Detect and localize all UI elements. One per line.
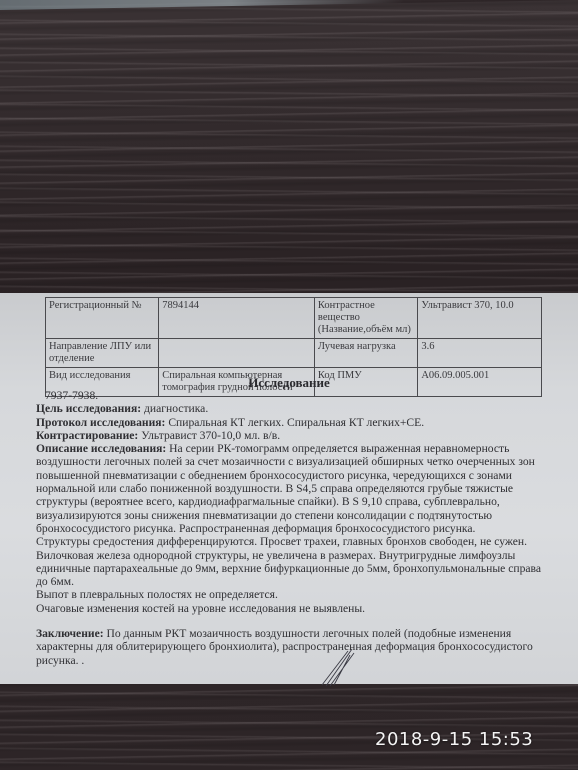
registration-number: 7894144 [159,298,315,339]
contrast-line: Контрастирование: Ультравист 370-10,0 мл… [36,429,546,442]
conclusion-paragraph: Заключение: По данным РКТ мозаичность во… [36,627,546,667]
purpose-value: диагностика. [144,402,208,415]
referral-label: Направление ЛПУ или отделение [46,339,159,368]
effusion-line: Выпот в плевральных полостях не определя… [36,588,546,601]
purpose-line: Цель исследования: диагностика. [36,402,546,415]
lymph-nodes-paragraph: Вилочковая железа однородной структуры, … [36,549,546,589]
registration-label: Регистрационный № [46,298,159,339]
contrast-label: Контрастирование: [36,429,138,442]
description-paragraph: Описание исследования: На серии РК-томог… [36,442,546,535]
referral-value [159,339,315,368]
mediastinum-line: Структуры средостения дифференцируются. … [36,535,546,548]
conclusion-label: Заключение: [36,627,104,640]
photo-timestamp: 2018-9-15 15:53 [375,729,533,750]
table-row: Направление ЛПУ или отделение Лучевая на… [46,339,542,368]
bones-line: Очаговые изменения костей на уровне иссл… [36,602,546,615]
contrast-value: Ультравист 370-10,0 мл. в/в. [141,429,280,442]
conclusion-value: По данным РКТ мозаичность воздушности ле… [36,627,533,667]
protocol-value: Спиральная КТ легких. Спиральная КТ легк… [168,416,424,429]
table-row: Регистрационный № 7894144 Контрастное ве… [46,298,542,339]
description-label: Описание исследования: [36,442,166,455]
report-body: 7937-7938. Цель исследования: диагностик… [36,389,546,667]
contrast-agent-value: Ультравист 370, 10.0 [418,298,542,339]
contrast-agent-label: Контрастное вещество (Название,объём мл) [314,298,417,339]
medical-report-sheet: Регистрационный № 7894144 Контрастное ве… [0,293,578,684]
reference-number: 7937-7938. [36,389,546,402]
protocol-line: Протокол исследования: Спиральная КТ лег… [36,416,546,429]
signature-mark [320,645,360,687]
description-value: На серии РК-томограмм определяется выраж… [36,442,535,535]
radiation-dose-value: 3.6 [418,339,542,368]
purpose-label: Цель исследования: [36,402,141,415]
protocol-label: Протокол исследования: [36,416,165,429]
radiation-dose-label: Лучевая нагрузка [314,339,417,368]
